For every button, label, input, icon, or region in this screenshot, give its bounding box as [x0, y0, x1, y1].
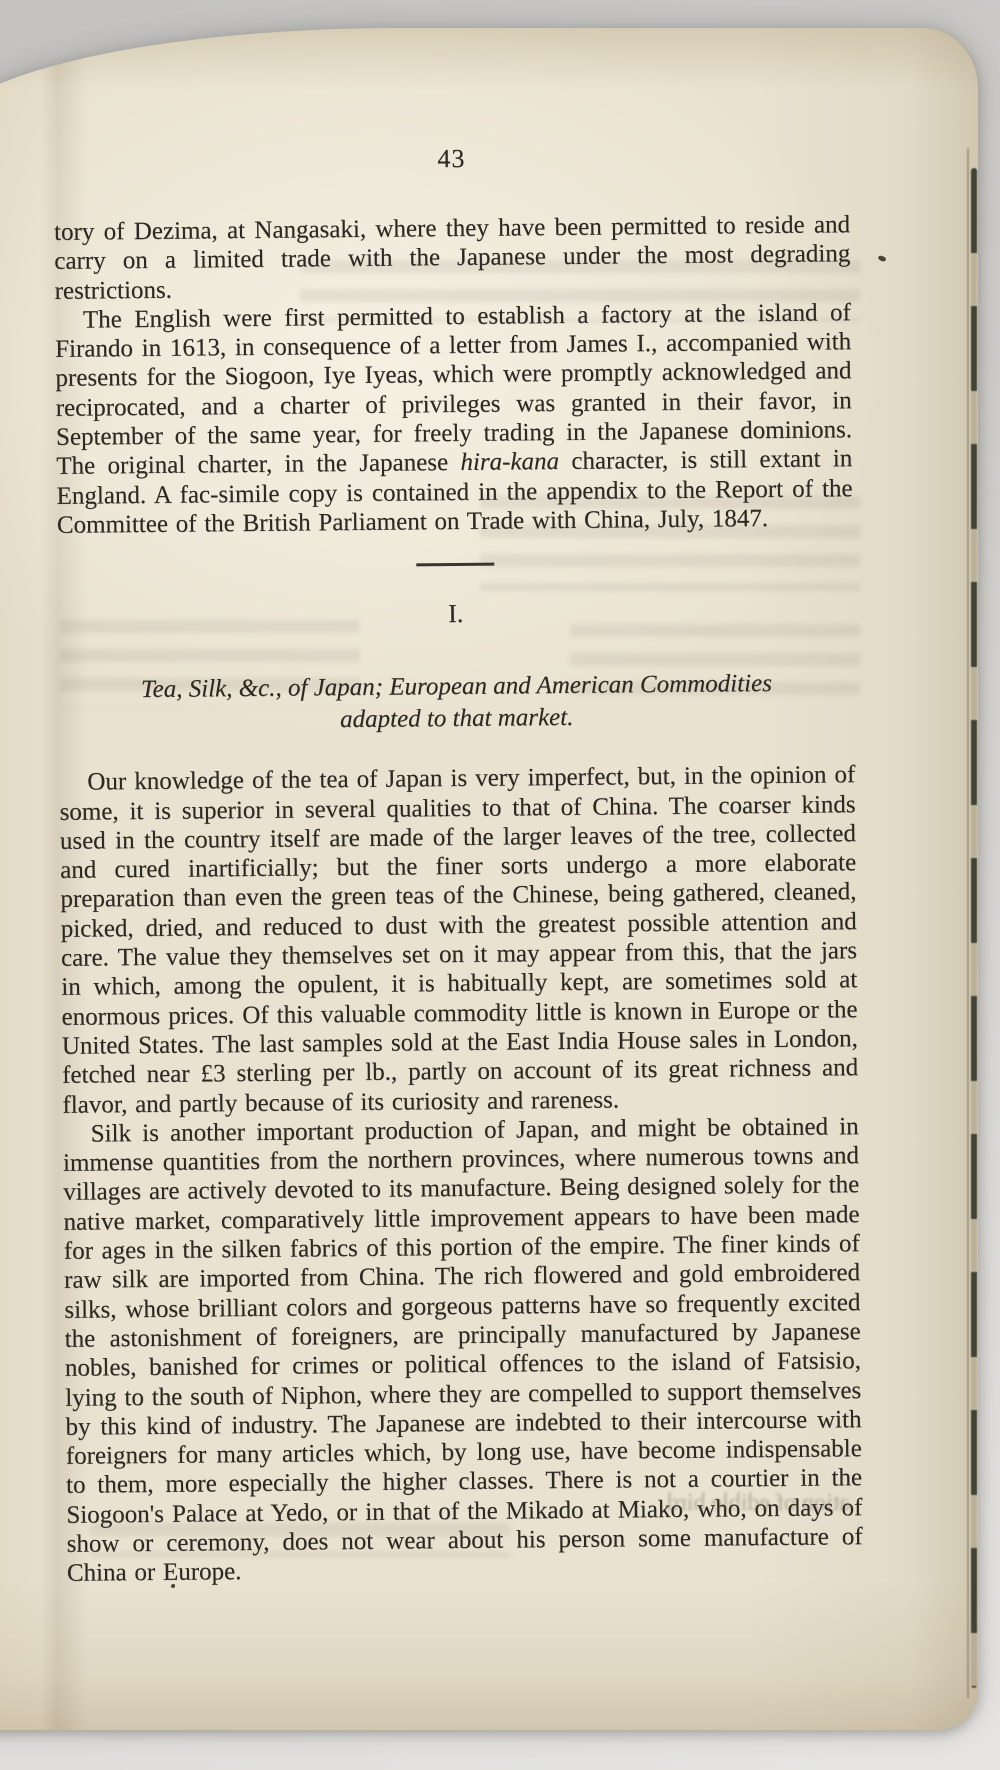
- page-number: 43: [53, 139, 849, 178]
- page-text-block: 43 tory of Dezima, at Nangasaki, where t…: [52, 24, 863, 1588]
- section-divider-rule: [416, 563, 494, 567]
- section-title: Tea, Silk, &c., of Japan; European and A…: [58, 667, 855, 739]
- book-page: 43 tory of Dezima, at Nangasaki, where t…: [0, 28, 978, 1730]
- paragraph-continuation: tory of Dezima, at Nangasaki, where they…: [54, 210, 851, 306]
- paragraph-english-factory: The English were first permitted to esta…: [55, 298, 853, 540]
- page-edge-highlight: [967, 148, 969, 1698]
- show-through-text: ation of edible bird: [550, 1490, 850, 1517]
- photo-background: { "photo": { "background_top_color": "#c…: [0, 0, 1000, 1770]
- page-edge-shadow: [971, 168, 977, 1688]
- section-number: I.: [58, 595, 854, 633]
- ink-speck: [171, 1584, 175, 1588]
- paragraph-tea: Our knowledge of the tea of Japan is ver…: [59, 760, 858, 1119]
- ink-speck: [877, 254, 886, 262]
- italic-hirakana-term: hira-kana: [460, 448, 559, 476]
